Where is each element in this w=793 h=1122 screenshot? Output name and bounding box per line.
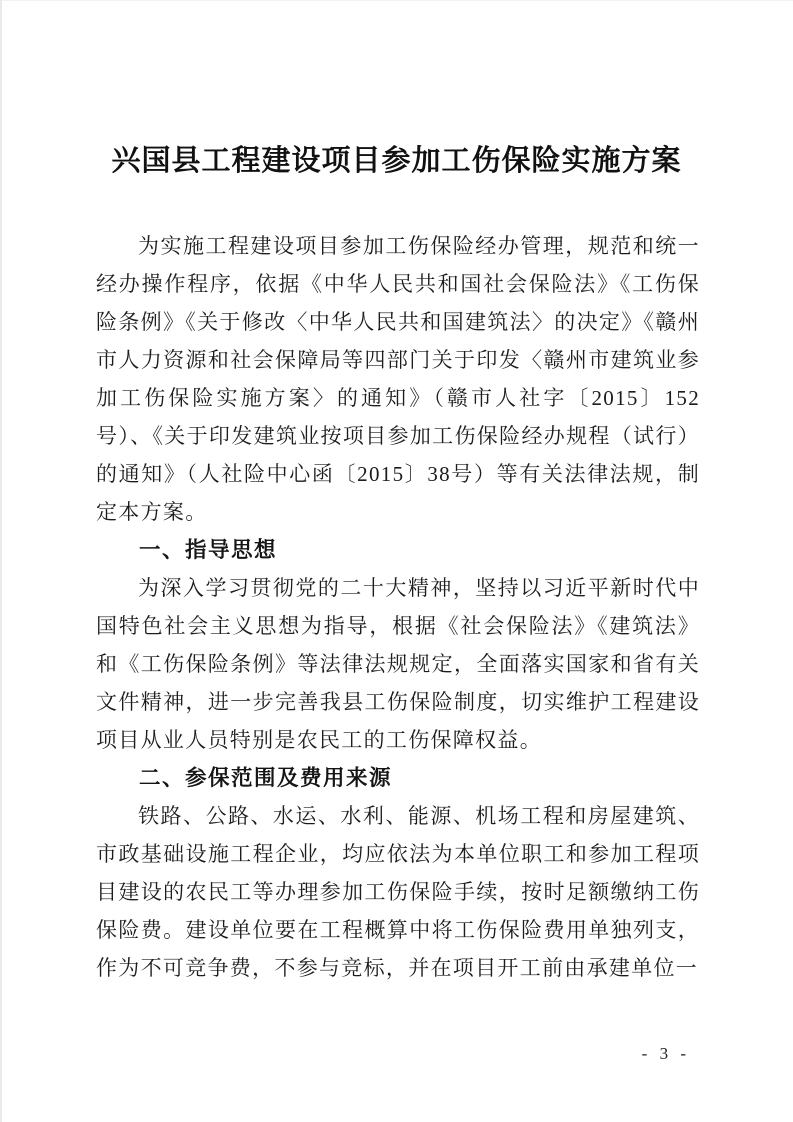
page-number: - 3 - <box>642 1044 690 1064</box>
document-page: 兴国县工程建设项目参加工伤保险实施方案 为实施工程建设项目参加工伤保险经办管理，… <box>0 0 793 1122</box>
page-title: 兴国县工程建设项目参加工伤保险实施方案 <box>48 138 745 179</box>
document-body: 为实施工程建设项目参加工伤保险经办管理，规范和统一经办操作程序，依据《中华人民共… <box>96 227 700 987</box>
paragraph-preamble: 为实施工程建设项目参加工伤保险经办管理，规范和统一经办操作程序，依据《中华人民共… <box>96 227 700 531</box>
section-heading-coverage-scope: 二、参保范围及费用来源 <box>96 759 700 797</box>
paragraph-coverage-scope: 铁路、公路、水运、水利、能源、机场工程和房屋建筑、市政基础设施工程企业，均应依法… <box>96 797 700 987</box>
section-heading-guiding-ideology: 一、指导思想 <box>96 531 700 569</box>
paragraph-guiding-ideology: 为深入学习贯彻党的二十大精神，坚持以习近平新时代中国特色社会主义思想为指导，根据… <box>96 569 700 759</box>
